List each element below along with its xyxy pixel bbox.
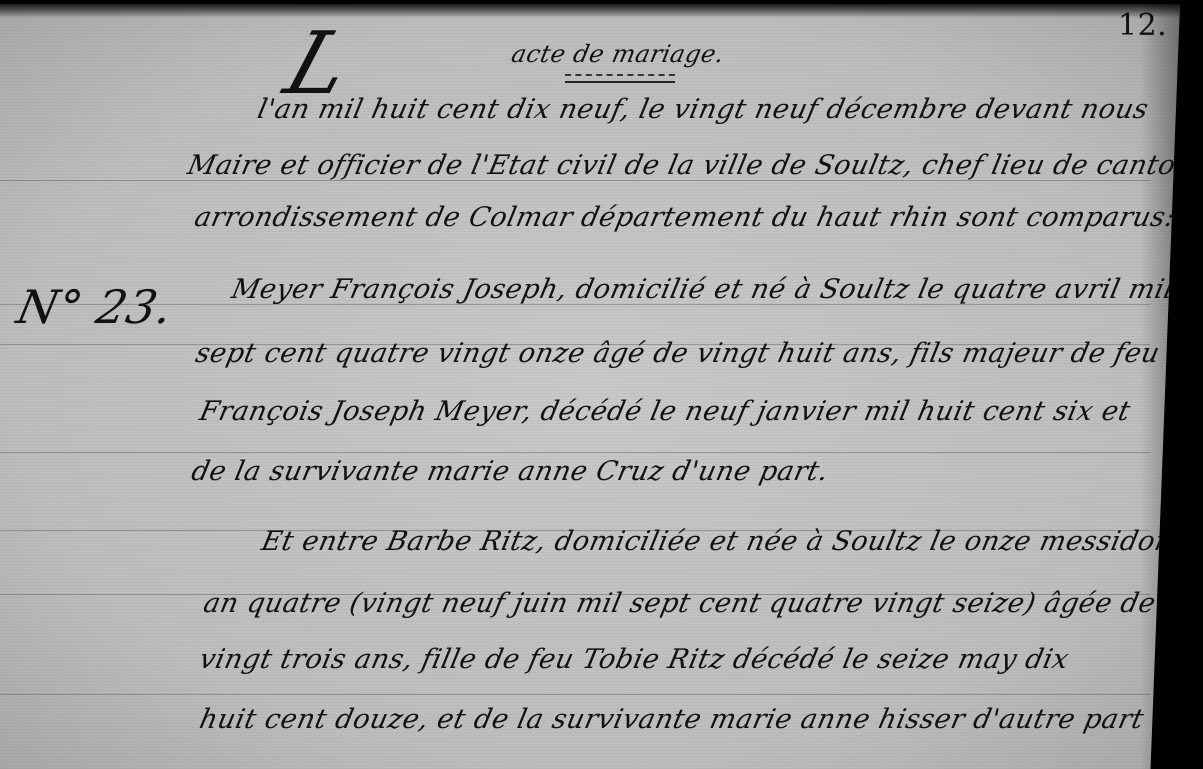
title-underline bbox=[565, 74, 675, 83]
text-line-5: sept cent quatre vingt onze âgé de vingt… bbox=[193, 338, 1163, 369]
document-title: acte de mariage. bbox=[509, 40, 727, 68]
text-line-2: Maire et officier de l'Etat civil de la … bbox=[185, 150, 1197, 181]
scan-top-shadow bbox=[0, 4, 1180, 18]
text-line-4: Meyer François Joseph, domicilié et né à… bbox=[229, 274, 1177, 305]
text-line-11: huit cent douze, et de la survivante mar… bbox=[197, 704, 1147, 735]
ruled-line bbox=[0, 452, 1150, 453]
text-line-6: François Joseph Meyer, décédé le neuf ja… bbox=[197, 396, 1134, 427]
text-line-3: arrondissement de Colmar département du … bbox=[192, 202, 1179, 233]
ruled-line bbox=[0, 694, 1150, 695]
text-line-9: an quatre (vingt neuf juin mil sept cent… bbox=[201, 588, 1159, 619]
page-number: 12. bbox=[1118, 8, 1167, 43]
text-line-7: de la survivante marie anne Cruz d'une p… bbox=[189, 456, 832, 487]
text-line-10: vingt trois ans, fille de feu Tobie Ritz… bbox=[197, 644, 1072, 675]
act-number: N° 23. bbox=[12, 280, 178, 334]
text-line-8: Et entre Barbe Ritz, domiciliée et née à… bbox=[259, 526, 1172, 557]
text-line-1: l'an mil huit cent dix neuf, le vingt ne… bbox=[255, 94, 1152, 125]
document-page: 12. acte de mariage. L N° 23. l'an mil h… bbox=[0, 4, 1180, 769]
